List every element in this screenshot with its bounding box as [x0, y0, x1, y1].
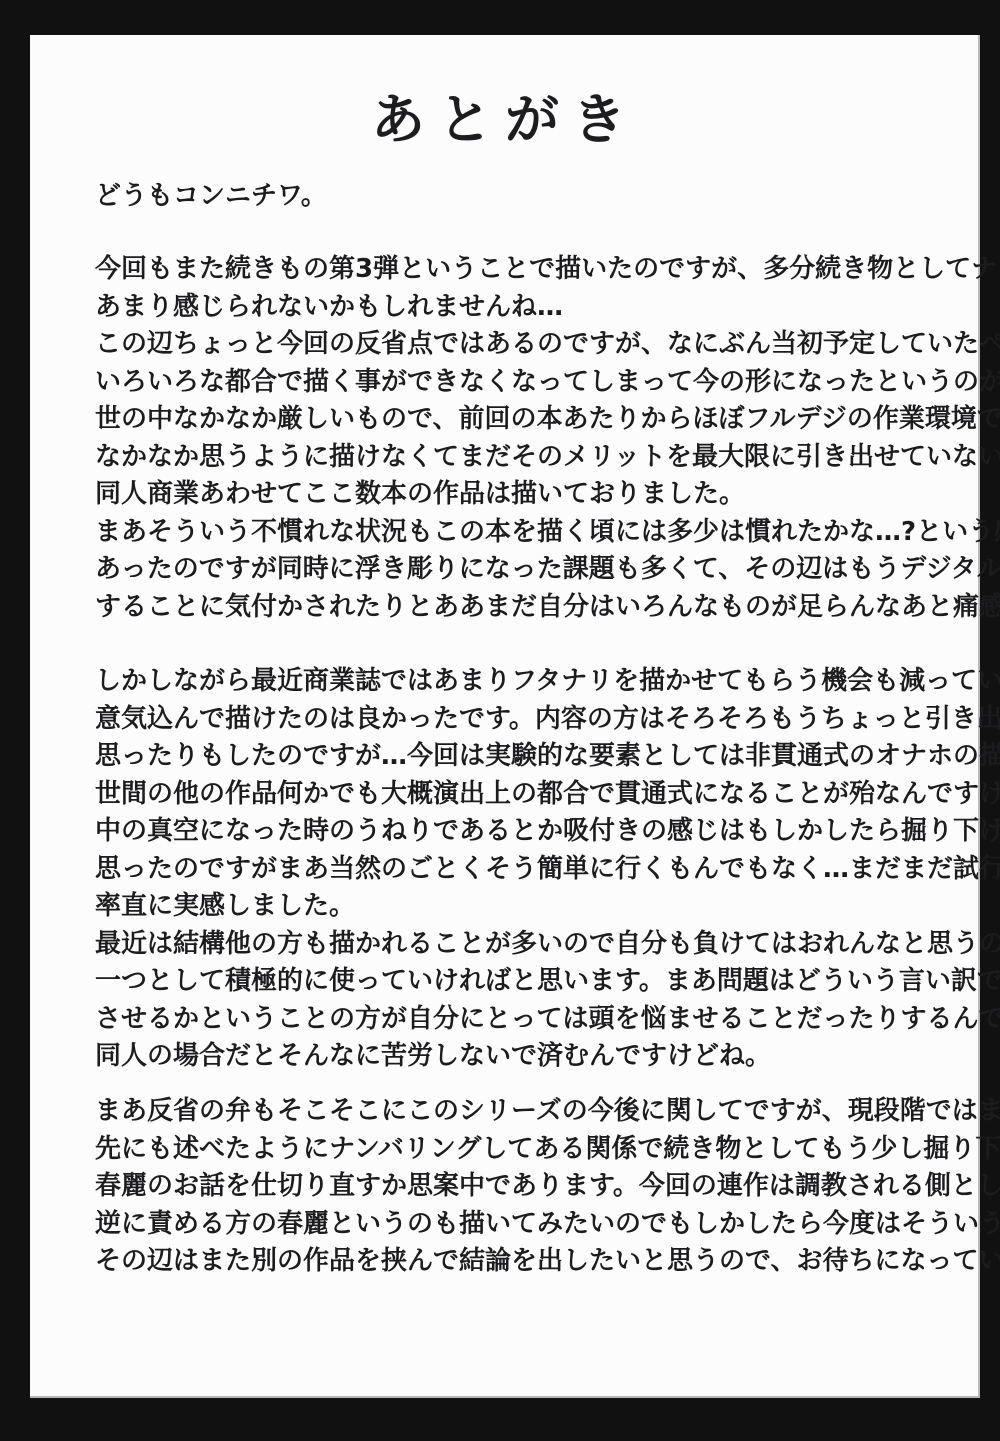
text-line: 率直に実感しました。 — [95, 888, 962, 926]
scanned-page-background: あとがき どうもコンニチワ。 今回もまた続きもの第3弾ということで描いたのですが… — [0, 0, 1000, 1441]
text-line: なかなか思うように描けなくてまだそのメリットを最大限に引き出せていない状況の中試… — [95, 439, 962, 477]
text-line: 世の中なかなか厳しいもので、前回の本あたりからほぼフルデジの作業環境で試験運用し… — [95, 401, 962, 439]
text-line: させるかということの方が自分にとっては頭を悩ませることだったりするんですが… — [95, 1001, 962, 1039]
text-line: 今回もまた続きもの第3弾ということで描いたのですが、多分続き物としてナンバリング… — [95, 251, 962, 289]
text-line: この辺ちょっと今回の反省点ではあるのですが、なにぶん当初予定していたページ数や内… — [95, 326, 962, 364]
text-line: しかしながら最近商業誌ではあまりフタナリを描かせてもらう機会も減っているので今回… — [95, 663, 962, 701]
text-line: あったのですが同時に浮き彫りになった課題も多くて、その辺はもうデジタルとかそうい… — [95, 551, 962, 589]
greeting-text: どうもコンニチワ。 — [95, 178, 962, 216]
text-line: 意気込んで描けたのは良かったです。内容の方はそろそろもうちょっと引き出しを増やさ… — [95, 701, 962, 739]
text-line: 春麗のお話を仕切り直すか思案中であります。今回の連作は調教される側としての春麗を… — [95, 1168, 962, 1206]
text-line: 一つとして積極的に使っていければと思います。まあ問題はどういう言い訳でもってオナ… — [95, 963, 962, 1001]
text-line: することに気付かされたりとああまだ自分はいろんなものが足らんなあと痛感しながら描… — [95, 589, 962, 627]
page-title: あとがき — [30, 77, 980, 154]
paragraph: まあ反省の弁もそこそこにこのシリーズの今後に関してですが、現段階ではまだ何も決ま… — [95, 1093, 962, 1281]
text-line: まあ反省の弁もそこそこにこのシリーズの今後に関してですが、現段階ではまだ何も決ま… — [95, 1093, 962, 1131]
text-line: 同人商業あわせてここ数本の作品は描いておりました。 — [95, 476, 962, 514]
text-line: 最近は結構他の方も描かれることが多いので自分も負けてはおれんなと思うので今後はま… — [95, 926, 962, 964]
text-line: 中の真空になった時のうねりであるとか吸付きの感じはもしかしたら掘り下げると面白い… — [95, 813, 962, 851]
text-line: 思ったりもしたのですが…今回は実験的な要素としては非貫通式のオナホの描写をやって… — [95, 738, 962, 776]
text-line: 世間の他の作品何かでも大概演出上の都合で貫通式になることが殆なんですけど、非貫通… — [95, 776, 962, 814]
text-line: まあそういう不慣れな状況もこの本を描く頃には多少は慣れたかな…?という感じの手応… — [95, 514, 962, 552]
text-line: 同人の場合だとそんなに苦労しないで済むんですけどね。 — [95, 1038, 962, 1076]
text-line: 先にも述べたようにナンバリングしてある関係で続き物としてもう少し掘り下げるべきか… — [95, 1131, 962, 1169]
text-line: あまり感じられないかもしれませんね… — [95, 289, 962, 327]
paragraph: 今回もまた続きもの第3弾ということで描いたのですが、多分続き物としてナンバリング… — [95, 251, 962, 626]
text-line: その辺はまた別の作品を挟んで結論を出したいと思うので、お待ちになっていただければ… — [95, 1243, 962, 1281]
afterword-page: あとがき どうもコンニチワ。 今回もまた続きもの第3弾ということで描いたのですが… — [30, 35, 980, 1398]
text-line: 思ったのですがまあ当然のごとくそう簡単に行くもんでもなく…まだまだ試行錯誤の余地… — [95, 851, 962, 889]
text-line: いろいろな都合で描く事ができなくなってしまって今の形になったというのが今回の本の… — [95, 364, 962, 402]
text-line: 逆に責める方の春麗というのも描いてみたいのでもしかしたら今度はそういうお話になる… — [95, 1206, 962, 1244]
paragraph: しかしながら最近商業誌ではあまりフタナリを描かせてもらう機会も減っているので今回… — [95, 663, 962, 1076]
